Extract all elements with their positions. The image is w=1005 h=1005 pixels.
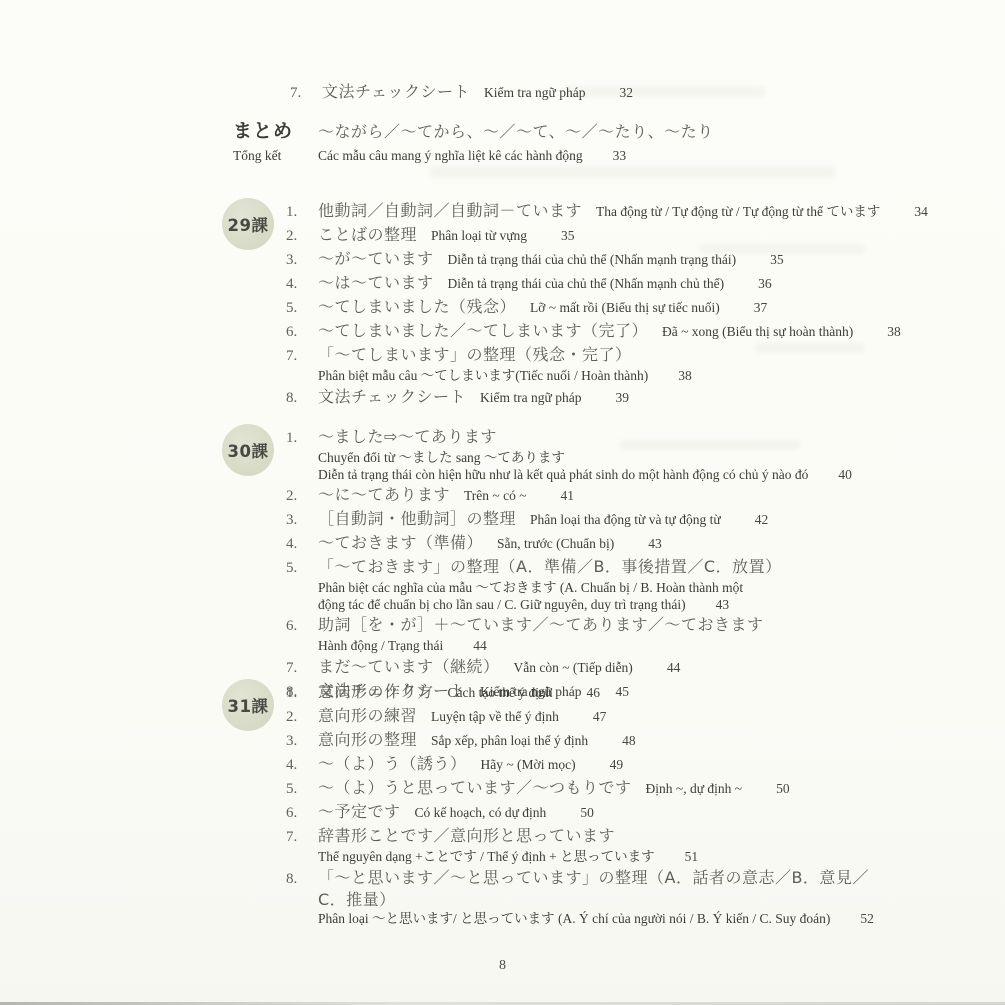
item-title-vi: Luyện tập về thể ý định — [431, 709, 559, 724]
toc-item: 5.～てしまいました（残念）Lỡ ~ mất rồi (Biểu thị sự … — [286, 296, 950, 319]
item-number: 3. — [286, 250, 318, 271]
item-number: 1. — [286, 683, 318, 704]
matome-title-jp: ～ながら／～てから、～／～て、～／～たり、～たり — [318, 119, 714, 142]
item-page-number: 36 — [758, 276, 772, 291]
toc-item: 6.～てしまいました／～てしまいます（完了）Đã ~ xong (Biểu th… — [286, 320, 950, 343]
toc-item-line: 3.～が～ていますDiễn tả trạng thái của chủ thể … — [286, 248, 950, 271]
item-title-vi: Diễn tả trạng thái của chủ thể (Nhấn mạn… — [448, 252, 737, 267]
item-title-jp: 文法チェックシート — [322, 82, 470, 101]
toc-item: 8.文法チェックシートKiểm tra ngữ pháp39 — [286, 386, 950, 409]
item-title-vi: Tha động từ / Tự động từ / Tự động từ th… — [596, 204, 880, 219]
item-page-number: 38 — [887, 324, 901, 339]
item-number: 5. — [286, 298, 318, 319]
item-page-number: 34 — [914, 204, 928, 219]
item-page-number: 32 — [619, 85, 633, 100]
item-title-jp-continued: C．推量） — [318, 890, 950, 910]
toc-item: 7.辞書形ことです／意向形と思っていますThể nguyên dạng +ことで… — [286, 825, 950, 865]
item-subtitle-vi: Diễn tả trạng thái còn hiện hữu như là k… — [318, 468, 950, 483]
toc-item: 4.～ておきます（準備）Sẵn, trước (Chuẩn bị)43 — [286, 532, 950, 555]
toc-item-line: 3.［自動詞・他動詞］の整理Phân loại tha động từ và t… — [286, 508, 950, 531]
item-subtitle-vi: Hành động / Trạng thái44 — [318, 639, 950, 654]
toc-item-line: 4.～ておきます（準備）Sẵn, trước (Chuẩn bị)43 — [286, 532, 950, 555]
item-page-number: 48 — [622, 733, 636, 748]
toc-entry: 7.文法チェックシートKiểm tra ngữ pháp32 — [290, 79, 633, 102]
item-title-vi: Đã ~ xong (Biểu thị sự hoàn thành) — [662, 324, 853, 339]
item-page-number: 52 — [860, 911, 874, 926]
item-number: 6. — [286, 803, 318, 824]
toc-item: 5.～（よ）うと思っています／～つもりですĐịnh ~, dự định ~50 — [286, 777, 950, 800]
toc-item: 4.～は～ていますDiễn tả trạng thái của chủ thể … — [286, 272, 950, 295]
item-title-jp: ～（よ）う（誘う） — [318, 754, 467, 773]
toc-item: 7.「～てしまいます」の整理（残念・完了）Phân biệt mẫu câu ～… — [286, 344, 950, 384]
toc-item: 2.ことばの整理Phân loại từ vựng35 — [286, 224, 950, 247]
item-number: 6. — [286, 616, 318, 637]
item-title-jp: 文法チェックシート — [318, 387, 466, 406]
item-title-vi: Kiểm tra ngữ pháp — [484, 85, 585, 100]
item-page-number: 38 — [678, 368, 692, 383]
item-number: 4. — [286, 755, 318, 776]
item-page-number: 46 — [587, 685, 601, 700]
item-subtitle-vi: Phân loại ～と思います/ と思っています (A. Ý chí của … — [318, 912, 950, 927]
item-title-jp: ～は～ています — [318, 273, 434, 292]
page-number: 8 — [0, 958, 1005, 974]
item-number: 8. — [286, 869, 318, 890]
item-title-vi: Sẵn, trước (Chuẩn bị) — [497, 536, 614, 551]
toc-item: 3.～が～ていますDiễn tả trạng thái của chủ thể … — [286, 248, 950, 271]
toc-item: 1.意向形の作り方Cách tạo thể ý định46 — [286, 681, 950, 704]
toc-item: 6.助詞［を・が］＋～ています／～てあります／～ておきますHành động /… — [286, 614, 950, 654]
item-subtitle-vi: Phân biệt mẫu câu ～てしまいます(Tiếc nuối / Ho… — [318, 369, 950, 384]
item-number: 3. — [286, 731, 318, 752]
item-subtitle-vi: Phân biệt các nghĩa của mẫu ～ておきます (A. C… — [318, 581, 950, 596]
item-page-number: 51 — [685, 849, 699, 864]
toc-item-line: 5.「～ておきます」の整理（A．準備／B．事後措置／C．放置） — [286, 556, 950, 579]
item-page-number: 35 — [561, 228, 575, 243]
item-title-jp: ～予定です — [318, 802, 401, 821]
item-title-jp: 辞書形ことです／意向形と思っています — [318, 826, 615, 845]
matome-page-number: 33 — [613, 148, 627, 163]
item-page-number: 47 — [593, 709, 607, 724]
matome-label-jp: まとめ — [233, 116, 293, 143]
item-title-vi: Lỡ ~ mất rồi (Biểu thị sự tiếc nuối) — [530, 300, 720, 315]
item-title-vi: Phân loại từ vựng — [431, 228, 527, 243]
item-title-vi: Hãy ~ (Mời mọc) — [481, 757, 576, 772]
matome-title-vi: Các mẫu câu mang ý nghĩa liệt kê các hàn… — [318, 148, 714, 164]
item-page-number: 37 — [754, 300, 768, 315]
item-number: 5. — [286, 558, 318, 579]
toc-item-line: 8.文法チェックシートKiểm tra ngữ pháp39 — [286, 386, 950, 409]
lesson-section: 30課1.～ました⇨～てありますChuyển đổi từ ～ました sang … — [286, 426, 950, 704]
toc-item-line: 2.ことばの整理Phân loại từ vựng35 — [286, 224, 950, 247]
item-title-jp: まだ～ています（継続） — [318, 657, 500, 676]
item-title-vi: Kiểm tra ngữ pháp — [480, 390, 581, 405]
toc-item-line: 7.「～てしまいます」の整理（残念・完了） — [286, 344, 950, 367]
item-title-jp: ～ました⇨～てあります — [318, 427, 497, 446]
item-title-vi: Có kế hoạch, có dự định — [415, 805, 547, 820]
item-title-vi: Trên ~ có ~ — [464, 488, 526, 503]
toc-item: 1.他動詞／自動詞／自動詞－ていますTha động từ / Tự động … — [286, 200, 950, 223]
item-subtitle-vi: Chuyển đổi từ ～ました sang ～てあります — [318, 451, 950, 466]
item-number: 7. — [286, 827, 318, 848]
item-page-number: 50 — [776, 781, 790, 796]
toc-item: 2.～に～てありますTrên ~ có ~41 — [286, 484, 950, 507]
item-number: 8. — [286, 388, 318, 409]
item-title-jp: 「～てしまいます」の整理（残念・完了） — [318, 345, 632, 364]
toc-item: 8.「～と思います／～と思っています」の整理（A．話者の意志／B．意見／C．推量… — [286, 867, 950, 927]
item-number: 2. — [286, 486, 318, 507]
toc-item-line: 6.～予定ですCó kế hoạch, có dự định50 — [286, 801, 950, 824]
matome-label-vi: Tổng kết — [233, 148, 293, 164]
item-number: 2. — [286, 707, 318, 728]
toc-item-line: 4.～は～ていますDiễn tả trạng thái của chủ thể … — [286, 272, 950, 295]
toc-page: 7.文法チェックシートKiểm tra ngữ pháp32 まとめ Tổng … — [0, 0, 1005, 1005]
toc-item-line: 7.辞書形ことです／意向形と思っています — [286, 825, 950, 848]
item-number: 7. — [286, 658, 318, 679]
item-subtitle-vi: động tác để chuẩn bị cho lần sau / C. Gi… — [318, 598, 950, 613]
toc-item: 3.意向形の整理Sắp xếp, phân loại thể ý định48 — [286, 729, 950, 752]
toc-item-line: 3.意向形の整理Sắp xếp, phân loại thể ý định48 — [286, 729, 950, 752]
item-page-number: 44 — [667, 660, 681, 675]
item-subtitle-vi: Thể nguyên dạng +ことです / Thể ý định + と思っ… — [318, 850, 950, 865]
item-number: 1. — [286, 428, 318, 449]
item-page-number: 35 — [770, 252, 784, 267]
toc-item-line: 6.～てしまいました／～てしまいます（完了）Đã ~ xong (Biểu th… — [286, 320, 950, 343]
item-number: 3. — [286, 510, 318, 531]
toc-item: 2.意向形の練習Luyện tập về thể ý định47 — [286, 705, 950, 728]
item-page-number: 43 — [648, 536, 662, 551]
toc-item-line: 6.助詞［を・が］＋～ています／～てあります／～ておきます — [286, 614, 950, 637]
item-page-number: 43 — [716, 597, 730, 612]
lesson-badge: 31課 — [222, 679, 274, 731]
lesson-section: 31課1.意向形の作り方Cách tạo thể ý định462.意向形の練… — [286, 681, 950, 928]
item-page-number: 49 — [610, 757, 624, 772]
item-number: 6. — [286, 322, 318, 343]
item-title-jp: ～てしまいました／～てしまいます（完了） — [318, 321, 648, 340]
toc-item-line: 5.～てしまいました（残念）Lỡ ~ mất rồi (Biểu thị sự … — [286, 296, 950, 319]
item-number: 7. — [290, 85, 322, 102]
toc-item-line: 2.意向形の練習Luyện tập về thể ý định47 — [286, 705, 950, 728]
item-title-vi: Phân loại tha động từ và tự động từ — [530, 512, 721, 527]
item-title-vi: Định ~, dự định ~ — [646, 781, 743, 796]
item-number: 4. — [286, 534, 318, 555]
toc-item-line: 8.「～と思います／～と思っています」の整理（A．話者の意志／B．意見／ — [286, 867, 950, 890]
toc-item-line: 2.～に～てありますTrên ~ có ~41 — [286, 484, 950, 507]
matome-label: まとめ Tổng kết — [233, 116, 293, 164]
item-number: 1. — [286, 202, 318, 223]
toc-item: 7.まだ～ています（継続）Vẫn còn ~ (Tiếp diễn)44 — [286, 656, 950, 679]
toc-item: 3.［自動詞・他動詞］の整理Phân loại tha động từ và t… — [286, 508, 950, 531]
toc-item: 4.～（よ）う（誘う）Hãy ~ (Mời mọc)49 — [286, 753, 950, 776]
item-title-jp: ～（よ）うと思っています／～つもりです — [318, 778, 632, 797]
item-page-number: 50 — [580, 805, 594, 820]
item-number: 5. — [286, 779, 318, 800]
toc-item-line: 4.～（よ）う（誘う）Hãy ~ (Mời mọc)49 — [286, 753, 950, 776]
item-page-number: 40 — [838, 467, 852, 482]
item-title-vi: Sắp xếp, phân loại thể ý định — [431, 733, 588, 748]
item-number: 2. — [286, 226, 318, 247]
lesson-badge: 29課 — [222, 198, 274, 250]
item-page-number: 44 — [473, 638, 487, 653]
item-title-jp: 意向形の練習 — [318, 706, 417, 725]
item-page-number: 39 — [615, 390, 629, 405]
item-title-jp: ことばの整理 — [318, 225, 417, 244]
toc-item-line: 5.～（よ）うと思っています／～つもりですĐịnh ~, dự định ~50 — [286, 777, 950, 800]
item-title-jp: 「～と思います／～と思っています」の整理（A．話者の意志／B．意見／ — [318, 868, 869, 887]
toc-item-line: 7.まだ～ています（継続）Vẫn còn ~ (Tiếp diễn)44 — [286, 656, 950, 679]
item-title-jp: ［自動詞・他動詞］の整理 — [318, 509, 516, 528]
toc-item: 6.～予定ですCó kế hoạch, có dự định50 — [286, 801, 950, 824]
item-title-jp: 「～ておきます」の整理（A．準備／B．事後措置／C．放置） — [318, 557, 782, 576]
item-title-jp: 意向形の整理 — [318, 730, 417, 749]
toc-item: 1.～ました⇨～てありますChuyển đổi từ ～ました sang ～てあ… — [286, 426, 950, 482]
item-title-jp: ～が～ています — [318, 249, 434, 268]
item-page-number: 41 — [561, 488, 575, 503]
lesson-badge: 30課 — [222, 424, 274, 476]
bleed-through-mark — [430, 166, 835, 178]
lesson-section: 29課1.他動詞／自動詞／自動詞－ていますTha động từ / Tự độ… — [286, 200, 950, 410]
matome-entry: ～ながら／～てから、～／～て、～／～たり、～たり Các mẫu câu man… — [318, 119, 714, 164]
item-page-number: 42 — [755, 512, 769, 527]
item-title-jp: 意向形の作り方 — [318, 682, 434, 701]
item-title-jp: ～に～てあります — [318, 485, 450, 504]
toc-item: 5.「～ておきます」の整理（A．準備／B．事後措置／C．放置）Phân biệt… — [286, 556, 950, 612]
item-title-jp: ～てしまいました（残念） — [318, 297, 516, 316]
toc-item-line: 1.他動詞／自動詞／自動詞－ていますTha động từ / Tự động … — [286, 200, 950, 223]
toc-item-line: 1.～ました⇨～てあります — [286, 426, 950, 449]
item-number: 4. — [286, 274, 318, 295]
item-title-vi: Vẫn còn ~ (Tiếp diễn) — [514, 660, 633, 675]
item-title-vi: Cách tạo thể ý định — [448, 685, 553, 700]
item-number: 7. — [286, 346, 318, 367]
item-title-jp: ～ておきます（準備） — [318, 533, 483, 552]
item-title-vi: Diễn tả trạng thái của chủ thể (Nhấn mạn… — [448, 276, 725, 291]
item-title-jp: 助詞［を・が］＋～ています／～てあります／～ておきます — [318, 615, 764, 634]
toc-item-line: 1.意向形の作り方Cách tạo thể ý định46 — [286, 681, 950, 704]
item-title-jp: 他動詞／自動詞／自動詞－ています — [318, 201, 582, 220]
